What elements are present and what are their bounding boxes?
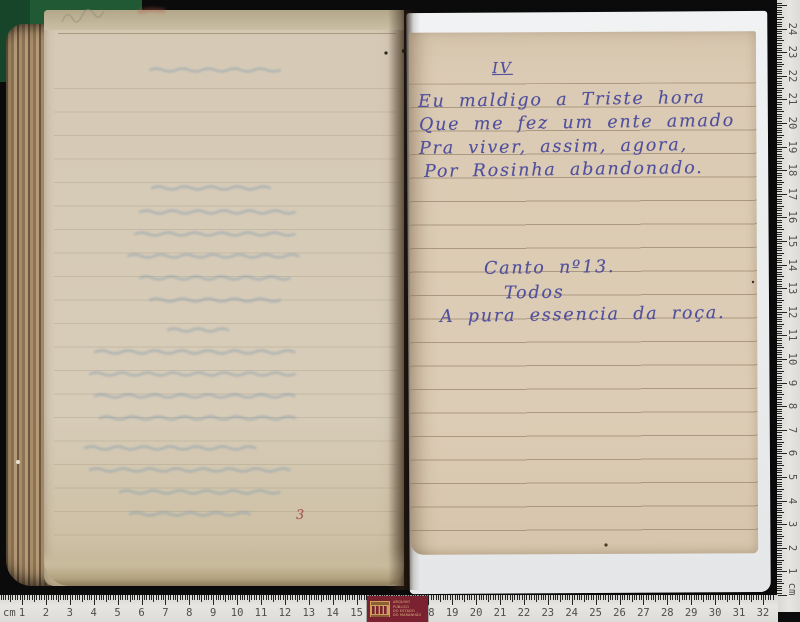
ruler-tick: [770, 595, 771, 600]
ruler-tick: [777, 451, 782, 452]
ruler-number: 28: [661, 607, 674, 619]
ruler-tick: [777, 177, 782, 178]
ruler-tick: [694, 595, 695, 600]
ruler-tick: [777, 19, 782, 20]
ruler-tick: [639, 595, 640, 600]
ruler-tick: [481, 595, 482, 600]
ruler-tick: [156, 595, 157, 600]
ruler-tick: [777, 581, 782, 582]
ruler-tick: [777, 43, 782, 44]
ruler-tick: [612, 595, 613, 600]
ruler-tick: [777, 562, 782, 563]
ruler-tick: [271, 595, 272, 600]
ruler-tick: [777, 71, 782, 72]
ruler-tick: [708, 595, 709, 600]
ruler-tick: [39, 595, 40, 600]
ruler-tick: [777, 17, 784, 18]
ruler-tick: [777, 208, 782, 209]
ruler-tick: [75, 595, 76, 600]
canto-heading: Canto nº13.: [484, 257, 616, 279]
ruler-tick: [237, 595, 238, 605]
ruler-tick: [493, 595, 494, 600]
ruler-tick: [280, 595, 281, 600]
ruler-tick: [777, 215, 782, 216]
ruler-tick: [512, 595, 513, 602]
ruler-tick: [194, 595, 195, 600]
ruler-tick: [1, 595, 2, 600]
ruler-tick: [211, 595, 212, 600]
ruler-tick: [777, 81, 782, 82]
ruler-tick: [596, 595, 597, 605]
ruler-tick: [333, 595, 334, 605]
ruler-tick: [682, 595, 683, 600]
ruler-number: 12: [279, 607, 292, 619]
ruler-tick: [87, 595, 88, 600]
ruler-tick: [777, 314, 782, 315]
ruler-tick: [777, 479, 782, 480]
ruler-tick: [223, 595, 224, 600]
ruler-tick: [777, 250, 782, 251]
ruler-number: 15: [350, 607, 363, 619]
ruler-tick: [357, 595, 358, 605]
ruler-tick: [636, 595, 637, 600]
ruler-tick: [84, 595, 85, 600]
ruler-number: 17: [786, 184, 798, 204]
ruler-tick: [660, 595, 661, 600]
ruler-tick: [321, 595, 322, 602]
ruler-tick: [777, 390, 782, 391]
ruler-tick: [777, 220, 782, 221]
ruler-number: 10: [231, 607, 244, 619]
ruler-tick: [118, 595, 119, 605]
ruler-tick: [297, 595, 298, 602]
ruler-tick: [130, 595, 131, 602]
ruler-tick: [445, 595, 446, 600]
ruler-number: 5: [786, 467, 798, 487]
ruler-tick: [144, 595, 145, 600]
ruler-tick: [777, 298, 782, 299]
ruler-tick: [58, 595, 59, 602]
ruler-number: 14: [786, 255, 798, 275]
ruler-tick: [734, 595, 735, 600]
ruler-tick: [615, 595, 616, 600]
ruler-tick: [457, 595, 458, 600]
ruler-tick: [777, 371, 784, 372]
ruler-tick: [8, 595, 9, 600]
ruler-tick: [471, 595, 472, 600]
ruler-tick: [158, 595, 159, 600]
ruler-tick: [3, 595, 4, 600]
ruler-tick: [627, 595, 628, 600]
ruler-tick: [777, 543, 782, 544]
ruler-tick: [777, 262, 782, 263]
ruler-tick: [565, 595, 566, 600]
ruler-tick: [175, 595, 176, 600]
ruler-number: 9: [210, 607, 216, 619]
ruler-tick: [741, 595, 742, 600]
ruler-tick: [653, 595, 654, 600]
ruler-number: 9: [786, 373, 798, 393]
ruler-tick: [777, 116, 782, 117]
ruler-tick: [44, 595, 45, 600]
ruler-tick: [483, 595, 484, 600]
ruler-tick: [777, 161, 782, 162]
ruler-tick: [777, 491, 782, 492]
ruler-tick: [777, 494, 782, 495]
ruler-tick: [204, 595, 205, 600]
ruler-tick: [777, 449, 782, 450]
ruler-tick: [777, 109, 782, 110]
ruler-tick: [311, 595, 312, 600]
ruler-tick: [629, 595, 630, 600]
ruler-tick: [777, 163, 782, 164]
ruler-number: 30: [709, 607, 722, 619]
ruler-tick: [777, 48, 782, 49]
ruler-tick: [777, 184, 782, 185]
ruler-tick: [677, 595, 678, 600]
ruler-tick: [101, 595, 102, 600]
ruler-tick: [132, 595, 133, 600]
ruler-tick: [777, 302, 782, 303]
ruler-tick: [447, 595, 448, 600]
ruler-tick: [641, 595, 642, 600]
ruler-tick: [777, 121, 782, 122]
ruler-tick: [777, 468, 782, 469]
ruler-tick: [777, 350, 782, 351]
ruler-tick: [777, 508, 782, 509]
ruler-tick: [519, 595, 520, 600]
ruler-tick: [278, 595, 279, 600]
ruler-tick: [777, 246, 782, 247]
ruler-tick: [170, 595, 171, 600]
poem-line-1: Eu maldigo a Triste hora: [418, 88, 706, 112]
ruler-tick: [163, 595, 164, 600]
ruler-tick: [703, 595, 704, 602]
ruler-number: 8: [786, 396, 798, 416]
archive-building-icon: [369, 600, 391, 618]
ruler-tick: [646, 595, 647, 600]
ruler-tick: [777, 295, 782, 296]
ruler-tick: [777, 203, 782, 204]
ruler-tick: [777, 175, 782, 176]
ruler-tick: [777, 402, 782, 403]
ruler-tick: [777, 347, 784, 348]
ruler-tick: [524, 595, 525, 605]
ruler-tick: [352, 595, 353, 600]
ruler-tick: [777, 442, 784, 443]
ruler-tick: [777, 191, 782, 192]
ruler-number: 2: [786, 538, 798, 558]
ruler-number: 2: [43, 607, 49, 619]
ruler-tick: [777, 199, 782, 200]
archive-stamp: ARQUIVO PÚBLICO DO ESTADO DO MARANHÃO: [367, 596, 428, 622]
ruler-tick: [777, 236, 782, 237]
ruler-tick: [777, 201, 782, 202]
ruler-tick: [56, 595, 57, 600]
ruler-tick: [290, 595, 291, 600]
ruler-tick: [134, 595, 135, 600]
ruler-number: 23: [541, 607, 554, 619]
ruler-tick: [777, 366, 782, 367]
ruler-tick: [452, 595, 453, 605]
ruler-tick: [777, 411, 782, 412]
ruler-tick: [230, 595, 231, 600]
ruler-tick: [691, 595, 692, 605]
ruler-tick: [777, 338, 782, 339]
ruler-tick: [345, 595, 346, 602]
ruler-tick: [110, 595, 111, 600]
ruler-tick: [316, 595, 317, 600]
ruler-tick: [326, 595, 327, 600]
ruler-tick: [777, 510, 782, 511]
ruler-tick: [285, 595, 286, 605]
ruler-tick: [777, 472, 782, 473]
ruler-tick: [777, 196, 782, 197]
ruler-tick: [70, 595, 71, 605]
ruler-tick: [777, 435, 782, 436]
ruler-tick: [17, 595, 18, 600]
ruler-tick: [663, 595, 664, 600]
ruler-tick: [722, 595, 723, 600]
ruler-tick: [777, 22, 782, 23]
ruler-tick: [32, 595, 33, 600]
ruler-tick: [777, 83, 782, 84]
ruler-tick: [777, 187, 782, 188]
ruler-tick: [591, 595, 592, 600]
ruler-tick: [364, 595, 365, 600]
ruler-tick: [20, 595, 21, 600]
ruler-tick: [777, 173, 782, 174]
ruler-tick: [149, 595, 150, 600]
ruler-tick: [137, 595, 138, 600]
ruler-number: 4: [786, 491, 798, 511]
ruler-number: 14: [326, 607, 339, 619]
ruler-tick: [268, 595, 269, 600]
ruler-tick: [464, 595, 465, 602]
ruler-tick: [777, 293, 782, 294]
ruler-tick: [777, 560, 784, 561]
ruler-tick: [777, 59, 782, 60]
ruler-tick: [287, 595, 288, 600]
ruler-tick: [777, 541, 782, 542]
ruler-tick: [777, 564, 782, 565]
ruler-tick: [433, 595, 434, 600]
ruler-number: 26: [613, 607, 626, 619]
ruler-number: 27: [637, 607, 650, 619]
ruler-tick: [777, 38, 782, 39]
ruler-tick: [777, 69, 782, 70]
ruler-tick: [218, 595, 219, 600]
ruler-tick: [5, 595, 6, 600]
ruler-tick: [777, 239, 782, 240]
ruler-tick: [777, 189, 782, 190]
ruler-tick: [79, 595, 80, 600]
ruler-tick: [777, 425, 782, 426]
ruler-tick: [777, 553, 782, 554]
ruler-tick: [756, 595, 757, 600]
ruler-tick: [514, 595, 515, 600]
ruler-tick: [777, 461, 782, 462]
ruler-tick: [354, 595, 355, 600]
ruler-tick: [777, 555, 782, 556]
ruler-tick: [106, 595, 107, 602]
ruler-tick: [306, 595, 307, 600]
ruler-tick: [777, 92, 782, 93]
ruler-tick: [168, 595, 169, 600]
red-page-number: 3: [296, 508, 304, 523]
ruler-tick: [189, 595, 190, 605]
ruler-tick: [436, 595, 437, 600]
ruler-tick: [187, 595, 188, 600]
ruler-tick: [323, 595, 324, 600]
ruler-tick: [777, 536, 784, 537]
ruler-tick: [244, 595, 245, 600]
ruler-tick: [99, 595, 100, 600]
ruler-tick: [41, 595, 42, 600]
ruler-tick: [777, 321, 782, 322]
ruler-tick: [567, 595, 568, 600]
ruler-tick: [574, 595, 575, 600]
ruler-tick: [292, 595, 293, 600]
ruler-tick: [173, 595, 174, 600]
ruler-tick: [777, 213, 782, 214]
ruler-tick: [314, 595, 315, 600]
ruler-tick: [216, 595, 217, 600]
ruler-tick: [777, 309, 782, 310]
ruler-tick: [443, 595, 444, 600]
ruler-tick: [548, 595, 549, 605]
ruler-tick: [545, 595, 546, 600]
ruler-tick: [777, 387, 782, 388]
ruler-number: 3: [67, 607, 73, 619]
ruler-number: 20: [470, 607, 483, 619]
ruler-tick: [777, 305, 782, 306]
ruler-tick: [777, 10, 782, 11]
ruler-tick: [777, 7, 782, 8]
ruler-tick: [266, 595, 267, 600]
ruler-tick: [777, 5, 787, 6]
ruler-number: 29: [685, 607, 698, 619]
ruler-number: 24: [565, 607, 578, 619]
ruler-tick: [259, 595, 260, 600]
ruler-tick: [777, 503, 782, 504]
ruler-tick: [777, 534, 782, 535]
ruler-tick: [146, 595, 147, 600]
ruler-tick: [777, 527, 782, 528]
ruler-tick: [777, 140, 782, 141]
ruler-tick: [777, 3, 782, 4]
ruler-tick: [228, 595, 229, 600]
ruler-tick: [777, 380, 782, 381]
ruler-tick: [60, 595, 61, 600]
ruler-tick: [777, 276, 784, 277]
ruler-tick: [569, 595, 570, 600]
ruler-tick: [593, 595, 594, 600]
ruler-tick: [698, 595, 699, 600]
ruler-tick: [715, 595, 716, 605]
ruler-tick: [151, 595, 152, 600]
ruler-tick: [490, 595, 491, 600]
ruler-tick: [777, 340, 782, 341]
ruler-number: 20: [786, 113, 798, 133]
ruler-tick: [12, 595, 13, 600]
ruler-tick: [777, 284, 782, 285]
ruler-tick: [455, 595, 456, 600]
ruler-tick: [275, 595, 276, 600]
ruler-tick: [108, 595, 109, 600]
ruler-tick: [777, 465, 784, 466]
ruler-tick: [777, 154, 782, 155]
ruler-tick: [777, 439, 782, 440]
ruler-tick: [684, 595, 685, 600]
ruler-unit-label: cm: [3, 607, 16, 619]
stamp-text-line: DO MARANHÃO: [393, 613, 421, 617]
ruler-tick: [777, 368, 782, 369]
ruler-tick: [555, 595, 556, 600]
ruler-tick: [746, 595, 747, 600]
ruler-tick: [727, 595, 728, 602]
ruler-tick: [347, 595, 348, 600]
ruler-tick: [732, 595, 733, 600]
ruler-tick: [777, 166, 782, 167]
ruler-number: 5: [114, 607, 120, 619]
ruler-tick: [67, 595, 68, 600]
ruler-tick: [495, 595, 496, 600]
ruler-tick: [777, 574, 782, 575]
ruler-tick: [725, 595, 726, 600]
ruler-tick: [165, 595, 166, 605]
ruler-tick: [777, 404, 782, 405]
ruler-tick: [251, 595, 252, 600]
ruler-tick: [777, 590, 782, 591]
ruler-number: 21: [786, 89, 798, 109]
ruler-tick: [777, 95, 782, 96]
ruler-tick: [330, 595, 331, 600]
ruler-tick: [713, 595, 714, 600]
ruler-tick: [777, 229, 784, 230]
ruler-tick: [777, 331, 782, 332]
ruler-tick: [777, 569, 782, 570]
ruler-tick: [777, 531, 782, 532]
ruler-tick: [777, 90, 782, 91]
ruler-tick: [89, 595, 90, 600]
ruler-tick: [777, 97, 782, 98]
ruler-tick: [507, 595, 508, 600]
ruler-tick: [479, 595, 480, 600]
ruler-tick: [608, 595, 609, 602]
ruler-tick: [77, 595, 78, 600]
ruler-tick: [122, 595, 123, 600]
ruler-tick: [24, 595, 25, 600]
ruler-tick: [777, 579, 782, 580]
ruler-tick: [777, 567, 782, 568]
ruler-tick: [777, 114, 782, 115]
ruler-tick: [777, 26, 782, 27]
ruler-tick: [777, 333, 782, 334]
ruler-tick: [299, 595, 300, 600]
ruler-tick: [526, 595, 527, 600]
ruler-tick: [476, 595, 477, 605]
ruler-tick: [777, 36, 782, 37]
ruler-tick: [777, 463, 782, 464]
ruler-number: 32: [757, 607, 770, 619]
ruler-tick: [777, 225, 782, 226]
ruler-tick: [777, 50, 782, 51]
ruler-tick: [605, 595, 606, 600]
ruler-tick: [232, 595, 233, 600]
ruler-tick: [777, 583, 784, 584]
ruler-number: 13: [786, 278, 798, 298]
